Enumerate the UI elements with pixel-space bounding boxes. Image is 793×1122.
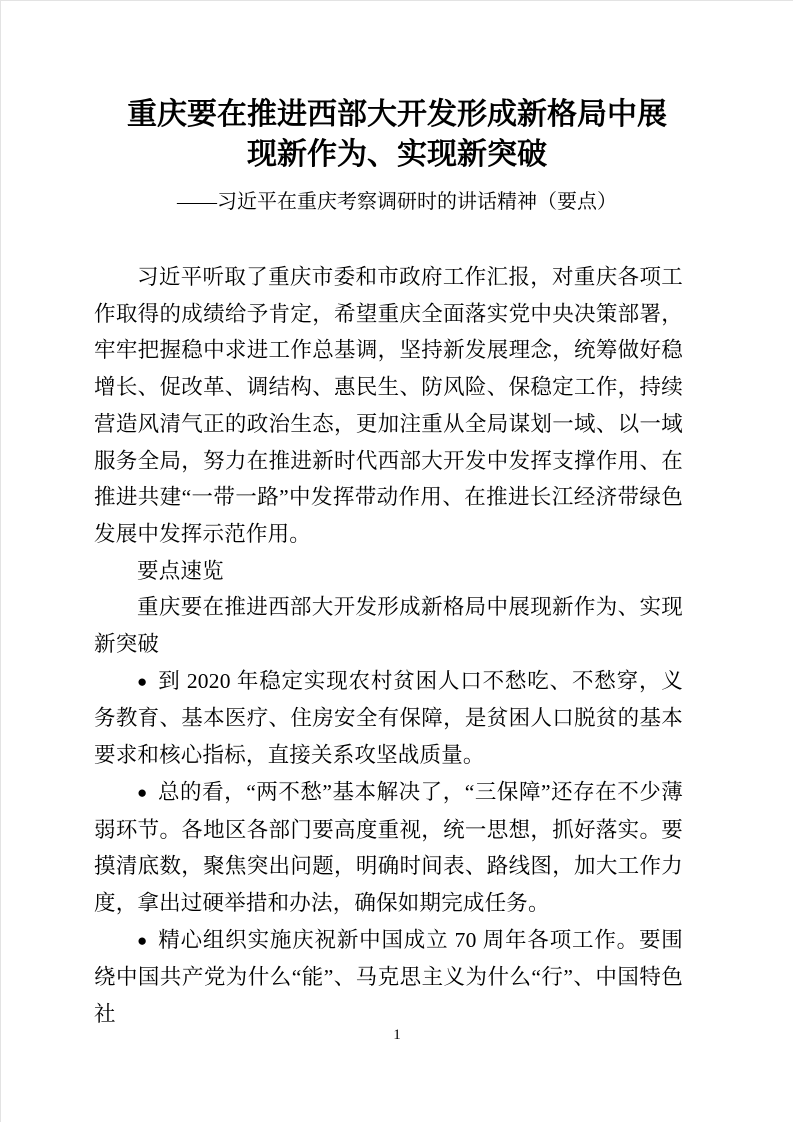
body-paragraph: 要点速览: [94, 553, 683, 590]
bullet-paragraph: ●精心组织实施庆祝新中国成立 70 周年各项工作。要围绕中国共产党为什么“能”、…: [94, 922, 683, 1033]
body-paragraph: 习近平听取了重庆市委和市政府工作汇报，对重庆各项工作取得的成绩给予肯定，希望重庆…: [94, 259, 683, 553]
bullet-marker-icon: ●: [137, 931, 148, 950]
document-subtitle: ——习近平在重庆考察调研时的讲话精神（要点）: [1, 187, 793, 217]
bullet-marker-icon: ●: [137, 672, 148, 691]
document-page: 重庆要在推进西部大开发形成新格局中展现新作为、实现新突破 ——习近平在重庆考察调…: [0, 0, 793, 1122]
document-title: 重庆要在推进西部大开发形成新格局中展现新作为、实现新突破: [117, 95, 677, 175]
bullet-marker-icon: ●: [137, 783, 148, 802]
bullet-paragraph: ●总的看，“两不愁”基本解决了，“三保障”还存在不少薄弱环节。各地区各部门要高度…: [94, 774, 683, 922]
body-paragraph: 重庆要在推进西部大开发形成新格局中展现新作为、实现新突破: [94, 589, 683, 662]
bullet-paragraph: ●到 2020 年稳定实现农村贫困人口不愁吃、不愁穿，义务教育、基本医疗、住房安…: [94, 663, 683, 774]
document-body: 习近平听取了重庆市委和市政府工作汇报，对重庆各项工作取得的成绩给予肯定，希望重庆…: [1, 259, 793, 1033]
page-number: 1: [1, 1027, 793, 1044]
